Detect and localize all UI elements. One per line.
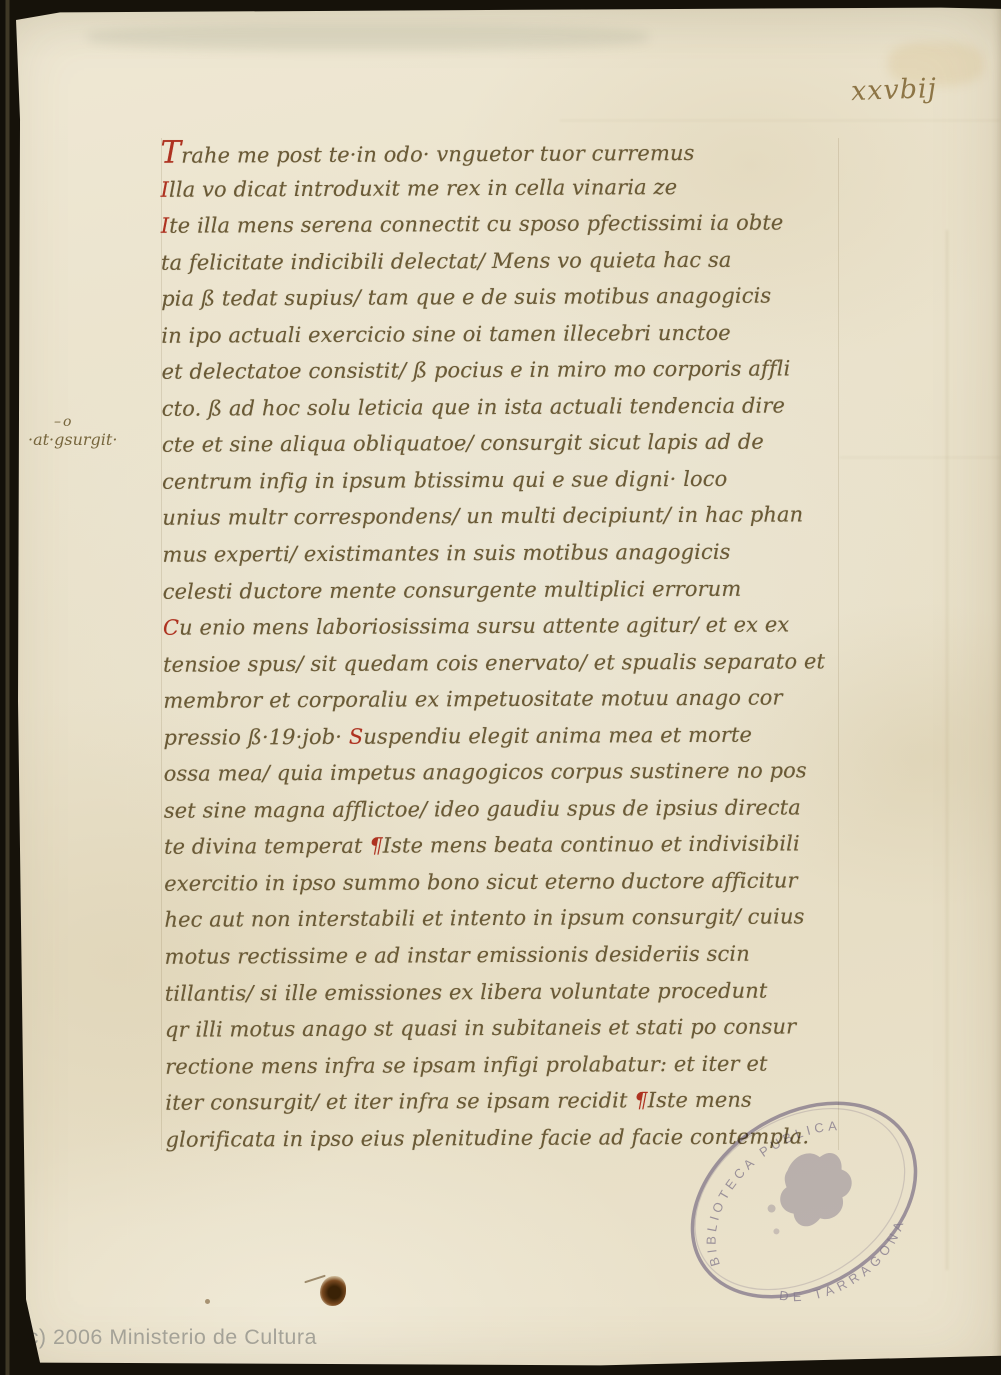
manuscript-line: Ite illa mens serena connectit cu sposo … [161,204,829,244]
rubricated-segment: C [163,616,179,640]
rubricated-segment: T [160,135,181,171]
manuscript-line: unius multr correspondens/ un multi deci… [162,497,830,537]
manuscript-line: te divina temperat ¶Iste mens beata cont… [164,826,832,866]
manuscript-line: Cu enio mens laboriosissima sursu attent… [163,606,831,646]
page-crease-vertical [946,230,948,1270]
manuscript-text-segment: unius multr correspondens/ un multi deci… [162,503,803,530]
page-crease-top [560,120,1000,121]
manuscript-line: hec aut non interstabili et intento in i… [164,899,832,939]
manuscript-line: mus experti/ existimantes in suis motibu… [162,533,830,573]
manuscript-line: tensioe spus/ sit quedam cois enervato/ … [163,643,831,683]
page-crease-right [840,457,1000,458]
manuscript-line: pressio ß·19·job· Suspendiu elegit anima… [163,716,831,756]
marginal-note-text: ·at·gsurgit· [28,431,158,448]
manuscript-text-segment: te illa mens serena connectit cu sposo p… [169,211,783,238]
manuscript-text-segment: exercitio in ipso summo bono sicut etern… [164,868,798,895]
manuscript-text-segment: set sine magna afflictoe/ ideo gaudiu sp… [164,795,801,822]
manuscript-line: cto. ß ad hoc solu leticia que in ista a… [162,387,830,427]
marginal-note: –o ·at·gsurgit· [28,414,158,448]
manuscript-line: Illa vo dicat introduxit me rex in cella… [161,168,829,208]
stamp-speck-2 [772,1227,780,1235]
manuscript-text-segment: te divina temperat [164,834,369,859]
manuscript-line: membror et corporaliu ex impetuositate m… [163,679,831,719]
manuscript-text-segment: tensioe spus/ sit quedam cois enervato/ … [163,649,825,676]
manuscript-text-segment: lla vo dicat introduxit me rex in cella … [169,175,677,202]
manuscript-text-segment: u enio mens laboriosissima sursu attente… [179,613,789,640]
manuscript-text-segment: tillantis/ si ille emissiones ex libera … [165,978,768,1005]
manuscript-line: et delectatoe consistit/ ß pocius e in m… [161,351,829,391]
manuscript-text-segment: et delectatoe consistit/ ß pocius e in m… [162,357,791,384]
manuscript-line: centrum infig in ipsum btissimu qui e su… [162,460,830,500]
manuscript-text-segment: uspendiu elegit anima mea et morte [363,722,752,748]
manuscript-text-segment: rahe me post te·in odo· vnguetor tuor cu… [181,141,694,168]
scanned-page-canvas: xxvbij –o ·at·gsurgit· Trahe me post te·… [0,0,1001,1375]
manuscript-line: Trahe me post te·in odo· vnguetor tuor c… [160,131,828,171]
folio-number: xxvbij [850,72,971,107]
manuscript-text-segment: centrum infig in ipsum btissimu qui e su… [162,467,727,494]
manuscript-line: set sine magna afflictoe/ ideo gaudiu sp… [164,789,832,829]
rubricated-segment: S [349,724,364,748]
manuscript-text-segment: cto. ß ad hoc solu leticia que in ista a… [162,393,785,420]
manuscript-text-segment: ta felicitate indicibili delectat/ Mens … [161,247,732,274]
manuscript-line: in ipo actuali exercicio sine oi tamen i… [161,314,829,354]
manuscript-line: qr illi motus anago st quasi in subitane… [165,1008,833,1048]
copyright-notice: (c) 2006 Ministerio de Cultura [20,1325,317,1350]
manuscript-text-segment: in ipo actuali exercicio sine oi tamen i… [161,321,731,348]
manuscript-text-segment: qr illi motus anago st quasi in subitane… [165,1015,796,1042]
rubricated-segment: ¶ [634,1088,648,1112]
ink-dot [205,1299,210,1304]
stamp-center-emblem [764,1139,864,1237]
manuscript-text-segment: cte et sine aliqua obliquatoe/ consurgit… [162,430,764,457]
manuscript-text-segment: rectione mens infra se ipsam infigi prol… [165,1051,767,1078]
manuscript-line: celesti ductore mente consurgente multip… [163,570,831,610]
manuscript-text-segment: motus rectissime e ad instar emissionis … [165,942,750,969]
manuscript-line: rectione mens infra se ipsam infigi prol… [165,1045,833,1085]
parchment-page: xxvbij –o ·at·gsurgit· Trahe me post te·… [0,0,1001,1375]
manuscript-text-segment: pia ß tedat supius/ tam que e de suis mo… [161,284,771,311]
marginal-note-superscript: –o [54,414,158,431]
manuscript-line: ossa mea/ quia impetus anagogicos corpus… [164,753,832,793]
ruling-line-right [838,138,839,1150]
manuscript-text-segment: ossa mea/ quia impetus anagogicos corpus… [164,759,807,786]
manuscript-line: pia ß tedat supius/ tam que e de suis mo… [161,277,829,317]
manuscript-text-block: Trahe me post te·in odo· vnguetor tuor c… [160,131,833,1158]
rubricated-segment: ¶ [369,834,383,858]
manuscript-text-segment: hec aut non interstabili et intento in i… [164,905,804,932]
manuscript-text-segment: Iste mens beata continuo et indivisibili [383,832,800,858]
manuscript-text-segment: mus experti/ existimantes in suis motibu… [162,540,730,567]
manuscript-text-segment: membror et corporaliu ex impetuositate m… [163,686,782,713]
manuscript-line: ta felicitate indicibili delectat/ Mens … [161,241,829,281]
manuscript-text-segment: iter consurgit/ et iter infra se ipsam r… [165,1089,634,1115]
manuscript-text-segment: celesti ductore mente consurgente multip… [163,576,742,603]
manuscript-line: tillantis/ si ille emissiones ex libera … [165,972,833,1012]
manuscript-line: cte et sine aliqua obliquatoe/ consurgit… [162,424,830,464]
svg-text:DE TARRAGONA: DE TARRAGONA [771,1210,923,1306]
ink-stain [320,1276,346,1306]
manuscript-line: motus rectissime e ad instar emissionis … [165,935,833,975]
stamp-bottom-text: DE TARRAGONA [771,1210,923,1306]
manuscript-text-segment: pressio ß·19·job· [163,725,348,750]
library-stamp: BIBLIOTECA PUBLICA DE TARRAGONA [668,1094,940,1306]
manuscript-line: exercitio in ipso summo bono sicut etern… [164,862,832,902]
stamp-speck-1 [766,1203,777,1214]
showthrough-smudge-top [88,24,648,50]
